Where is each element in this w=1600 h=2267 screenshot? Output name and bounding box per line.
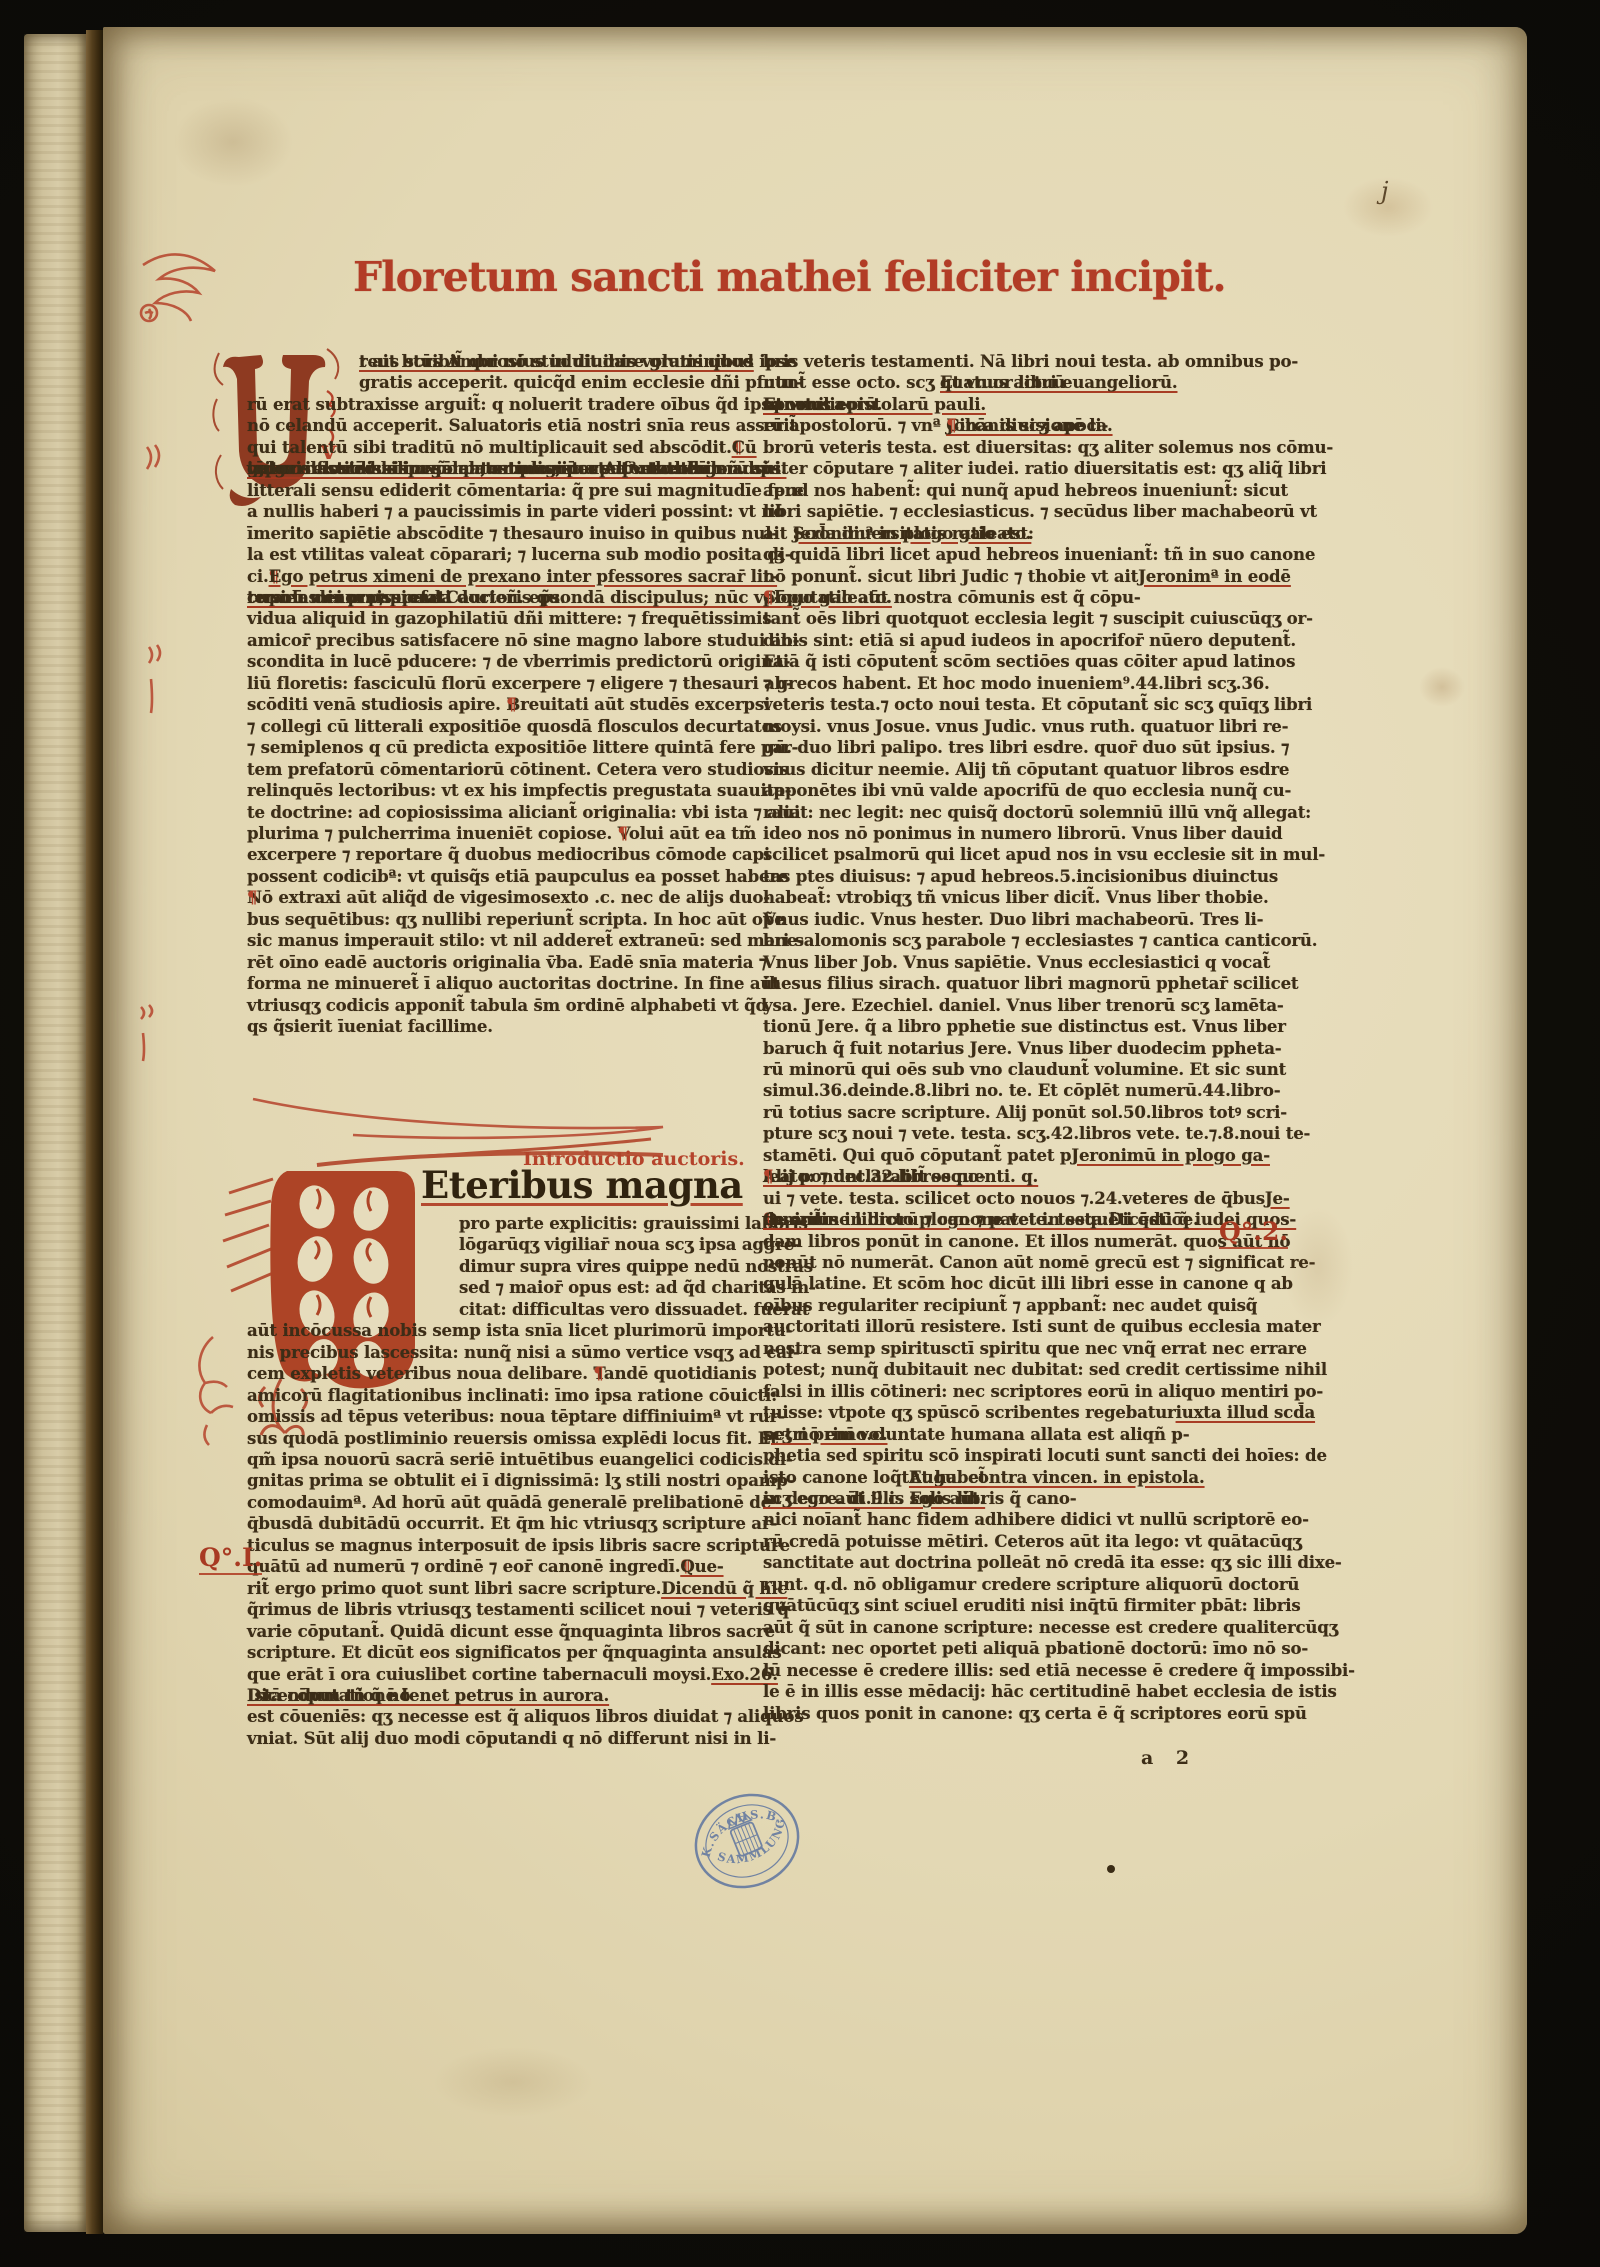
margin-flourishes — [103, 27, 1527, 2234]
quire-signature: a 2 — [1141, 1747, 1189, 1769]
binding-gutter — [86, 30, 103, 2234]
facing-page-edge — [24, 34, 86, 2232]
library-stamp: K.SÄCHS.B. SAMMLUNG — [685, 1779, 809, 1903]
incunabulum-page: j Floretum sancti mathei feliciter incip… — [103, 27, 1527, 2234]
book-scan-scene: j Floretum sancti mathei feliciter incip… — [0, 0, 1600, 2267]
